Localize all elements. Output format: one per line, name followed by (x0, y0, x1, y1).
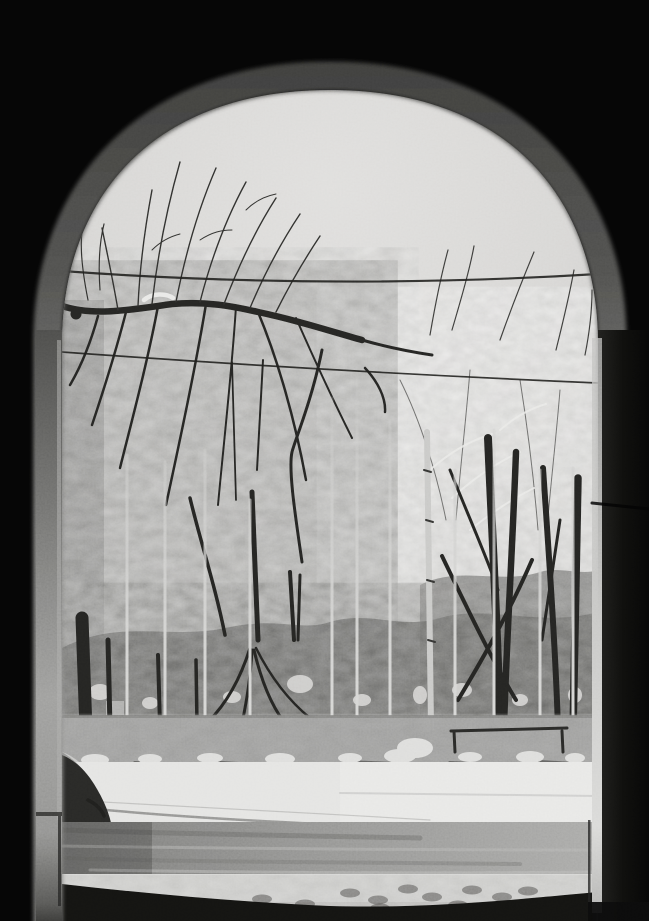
photo-canvas (0, 0, 649, 921)
photo-frame (0, 0, 649, 921)
film-grain-overlay (0, 0, 649, 921)
